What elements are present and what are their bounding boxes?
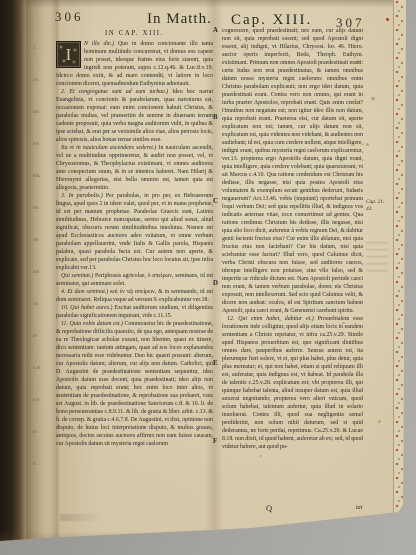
margin-note-fragment: hau <box>33 174 53 180</box>
text-paragraph: 12. Qui enim habet, dabitur ei.) Prouerb… <box>222 315 363 451</box>
ink-smudge <box>60 514 102 521</box>
text-paragraph: cognoscere, quod praedestinati; nec eam,… <box>222 27 363 315</box>
margin-note-fragment: 1. <box>33 46 53 52</box>
lemma-lead: 11. Quia vobis datum est.) <box>61 321 125 327</box>
margin-note-fragment: ch. <box>33 78 53 84</box>
foxing-spot <box>80 60 82 62</box>
margin-note-fragment: nel <box>33 142 53 148</box>
lemma-lead: N illo die.) <box>84 41 118 47</box>
paragraph-body: Per parabolas, in pro per, ex Hebraeorum… <box>56 193 213 271</box>
lemma-lead: Ita vt in nauiculam ascendens sederet.) <box>61 145 159 151</box>
verso-margin-notes: 1.ch.sol.nelhaumi.abndisil.atn.elt.slie.… <box>33 46 55 494</box>
section-letter: F <box>213 438 217 445</box>
foxing-spot <box>120 250 122 252</box>
section-letter: A <box>213 27 218 34</box>
margin-note-line: 43. <box>366 206 396 213</box>
paragraph-body: In nauiculam ascendit, vel ne a multitud… <box>56 145 213 191</box>
paragraph-body: Prouerbialem esse locutionem inde collig… <box>222 316 363 450</box>
margin-note-fragment: t.sl <box>33 398 53 404</box>
lemma-lead: Qui seminat.) <box>61 273 95 279</box>
text-paragraph: 4. Et dum seminat.) καὶ ἐν τῷ σπείρειν, … <box>56 288 213 304</box>
chapter-heading: IN CAP. XIII. <box>56 30 213 37</box>
text-paragraph: 10. Qui habet aures.) Excitat auditorum … <box>56 304 213 320</box>
speckled-fore-edge <box>393 0 407 516</box>
text-paragraph: 3. In parabolis.) Per parabolas, in pro … <box>56 192 213 272</box>
margin-note-fragment: lc. <box>33 462 53 468</box>
gathering-signature: Q <box>266 503 272 513</box>
foxing-spot <box>342 322 345 324</box>
lemma-lead: 3. In parabolis.) <box>61 193 106 199</box>
paragraph-body: Commouetur hic de praedestinatione, & re… <box>56 321 213 447</box>
text-paragraph: 2. Et congregatae sunt ad eum turbae.) I… <box>56 88 213 144</box>
margin-note-line: Cap. 21. <box>366 199 396 206</box>
text-paragraph: 11. Quia vobis datum est.) Commouetur hi… <box>56 320 213 448</box>
foxing-spot <box>300 86 302 88</box>
foxing-spot <box>386 18 389 21</box>
section-letter: E <box>213 360 218 367</box>
paragraph-body: Ideo hoc narrat Euangelista, vt concioni… <box>56 89 213 143</box>
text-paragraph: Qui seminat.) Periphrasis agricolae, ὁ σ… <box>56 272 213 288</box>
paragraph-body: cognoscere, quod praedestinati; nec eam,… <box>222 28 363 314</box>
woodcut-initial: I <box>56 41 81 68</box>
catchword: tat <box>356 505 362 511</box>
margin-note-fragment: sil. <box>33 302 53 308</box>
margin-note-fragment: mi. <box>33 206 53 212</box>
foxing-spot <box>371 97 375 100</box>
book-photo: 306 In Matth. Cap. XIII. 307 IN CAP. XII… <box>0 0 416 555</box>
section-letter: C <box>213 198 218 205</box>
recto-text-column: cognoscere, quod praedestinati; nec eam,… <box>222 27 363 503</box>
foxing-spot <box>366 143 369 146</box>
margin-note-fragment: at <box>33 334 53 340</box>
scripture-margin-note: Cap. 21. 43. <box>366 199 396 213</box>
margin-note-fragment: n.el <box>33 366 53 372</box>
margin-note-fragment: ie. <box>33 430 53 436</box>
running-header-verso: In Matth. <box>147 11 212 28</box>
foxing-spot <box>378 420 381 423</box>
text-paragraph: IN illo die.) Quo in domo concionante il… <box>56 40 213 88</box>
book-page-spread: 306 In Matth. Cap. XIII. 307 IN CAP. XII… <box>0 0 406 545</box>
section-letter: D <box>213 280 218 287</box>
text-paragraph: Ita vt in nauiculam ascendens sederet.) … <box>56 144 213 192</box>
lemma-lead: 2. Et congregatae sunt ad eum turbae.) <box>61 89 172 95</box>
lemma-lead: 4. Et dum seminat.) <box>61 289 110 295</box>
faint-marginalia <box>366 242 388 274</box>
lemma-lead: 10. Qui habet aures.) <box>61 305 114 311</box>
foxing-spot <box>260 455 262 457</box>
margin-note-fragment: ndi <box>33 270 53 276</box>
margin-note-fragment: ab <box>33 238 53 244</box>
margin-note-fragment: sol. <box>33 110 53 116</box>
foxing-spot <box>355 60 361 64</box>
lemma-lead: 12. Qui enim habet, dabitur ei.) <box>227 316 318 322</box>
verso-text-column: IN illo die.) Quo in domo concionante il… <box>56 40 213 516</box>
verso-page-number: 306 <box>55 9 84 25</box>
section-letter: B <box>213 114 218 121</box>
